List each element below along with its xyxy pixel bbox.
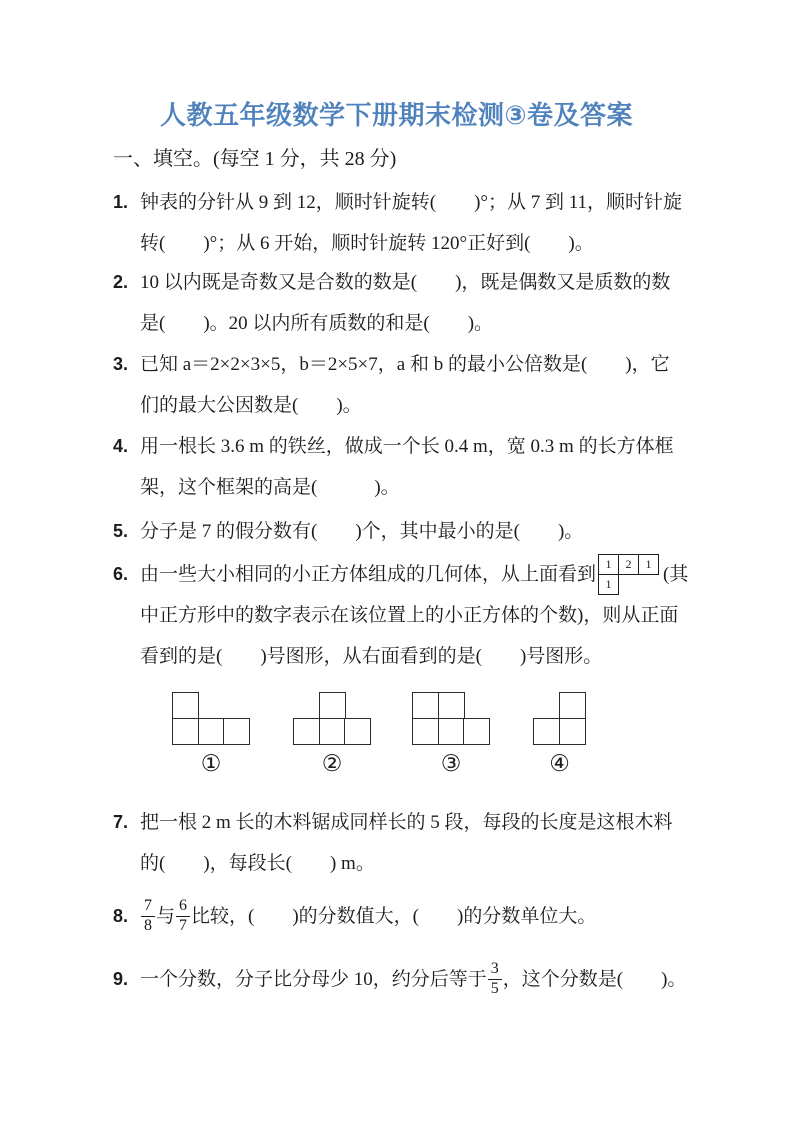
question-text: (其 — [663, 564, 688, 585]
question-line: 是( )。20 以内所有质数的和是( )。 — [113, 303, 670, 344]
question-9: 9.一个分数，分子比分母少 10，约分后等于35，这个分数是( )。 — [113, 954, 686, 1004]
question-number: 3. — [113, 344, 140, 385]
fraction: 67 — [176, 897, 190, 935]
question-line: 1.钟表的分针从 9 到 12，顺时针旋转( )°；从 7 到 11，顺时针旋 — [113, 182, 682, 223]
question-8: 8.78与67比较，( )的分数值大，( )的分数单位大。 — [113, 891, 596, 941]
figure-label: ④ — [533, 752, 586, 776]
question-line: 2.10 以内既是奇数又是合数的数是( )，既是偶数又是质数的数 — [113, 262, 670, 303]
question-line: 3.已知 a＝2×2×3×5，b＝2×5×7，a 和 b 的最小公倍数是( )，… — [113, 344, 670, 385]
question-3: 3.已知 a＝2×2×3×5，b＝2×5×7，a 和 b 的最小公倍数是( )，… — [113, 344, 670, 426]
question-6: 6.由一些大小相同的小正方体组成的几何体，从上面看到1211(其 中正方形中的数… — [113, 554, 688, 677]
question-7: 7.把一根 2 m 长的木料锯成同样长的 5 段，每段的长度是这根木料 的( )… — [113, 802, 673, 884]
question-number: 1. — [113, 182, 140, 223]
exam-page: 人教五年级数学下册期末检测③卷及答案 一、填空。(每空 1 分，共 28 分) … — [0, 0, 793, 1122]
fraction: 78 — [141, 897, 155, 935]
question-number: 8. — [113, 896, 140, 937]
top-view-grid: 1211 — [598, 554, 661, 595]
question-text: 分子是 7 的假分数有( )个，其中最小的是( )。 — [140, 521, 583, 542]
question-number: 4. — [113, 426, 140, 467]
question-line: 4.用一根长 3.6 m 的铁丝，做成一个长 0.4 m，宽 0.3 m 的长方… — [113, 426, 674, 467]
fraction-numerator: 6 — [176, 897, 190, 916]
question-number: 9. — [113, 959, 140, 1000]
question-line: 8.78与67比较，( )的分数值大，( )的分数单位大。 — [113, 891, 596, 941]
fraction-denominator: 8 — [141, 917, 155, 935]
question-text: 与 — [156, 896, 175, 937]
question-text: 10 以内既是奇数又是合数的数是( )，既是偶数又是质数的数 — [140, 272, 670, 293]
question-number: 7. — [113, 802, 140, 843]
question-line: 们的最大公因数是( )。 — [113, 385, 670, 426]
question-line: 7.把一根 2 m 长的木料锯成同样长的 5 段，每段的长度是这根木料 — [113, 802, 673, 843]
question-1: 1.钟表的分针从 9 到 12，顺时针旋转( )°；从 7 到 11，顺时针旋 … — [113, 182, 682, 264]
question-line: 9.一个分数，分子比分母少 10，约分后等于35，这个分数是( )。 — [113, 954, 686, 1004]
question-number: 5. — [113, 511, 140, 552]
question-line: 6.由一些大小相同的小正方体组成的几何体，从上面看到1211(其 — [113, 554, 688, 595]
question-number: 2. — [113, 262, 140, 303]
fraction: 35 — [488, 960, 502, 998]
question-line: 中正方形中的数字表示在该位置上的小正方体的个数)，则从正面 — [113, 595, 688, 636]
shape-options: ① ② ③ ④ — [0, 692, 793, 792]
question-text: 一个分数，分子比分母少 10，约分后等于 — [140, 959, 487, 1000]
question-text: 把一根 2 m 长的木料锯成同样长的 5 段，每段的长度是这根木料 — [140, 812, 673, 833]
question-number: 6. — [113, 554, 140, 595]
question-text: 由一些大小相同的小正方体组成的几何体，从上面看到 — [140, 564, 596, 585]
question-text: ，这个分数是( )。 — [503, 959, 687, 1000]
figure-label: ③ — [412, 752, 490, 776]
question-4: 4.用一根长 3.6 m 的铁丝，做成一个长 0.4 m，宽 0.3 m 的长方… — [113, 426, 674, 508]
fraction-numerator: 3 — [488, 960, 502, 979]
question-line: 架，这个框架的高是( )。 — [113, 467, 674, 508]
question-text: 钟表的分针从 9 到 12，顺时针旋转( )°；从 7 到 11，顺时针旋 — [140, 192, 682, 213]
question-2: 2.10 以内既是奇数又是合数的数是( )，既是偶数又是质数的数 是( )。20… — [113, 262, 670, 344]
question-text: 用一根长 3.6 m 的铁丝，做成一个长 0.4 m，宽 0.3 m 的长方体框 — [140, 436, 674, 457]
question-5: 5.分子是 7 的假分数有( )个，其中最小的是( )。 — [113, 511, 583, 552]
question-text: 比较，( )的分数值大，( )的分数单位大。 — [191, 896, 596, 937]
figure-label: ① — [172, 752, 250, 776]
page-title: 人教五年级数学下册期末检测③卷及答案 — [0, 97, 793, 133]
section-heading: 一、填空。(每空 1 分，共 28 分) — [113, 144, 396, 174]
question-line: 转( )°；从 6 开始，顺时针旋转 120°正好到( )。 — [113, 223, 682, 264]
fraction-denominator: 7 — [176, 917, 190, 935]
figure-label: ② — [293, 752, 371, 776]
fraction-numerator: 7 — [141, 897, 155, 916]
fraction-denominator: 5 — [488, 980, 502, 998]
question-line: 5.分子是 7 的假分数有( )个，其中最小的是( )。 — [113, 511, 583, 552]
question-line: 看到的是( )号图形，从右面看到的是( )号图形。 — [113, 636, 688, 677]
question-text: 已知 a＝2×2×3×5，b＝2×5×7，a 和 b 的最小公倍数是( )，它 — [140, 354, 670, 375]
question-line: 的( )，每段长( ) m。 — [113, 843, 673, 884]
